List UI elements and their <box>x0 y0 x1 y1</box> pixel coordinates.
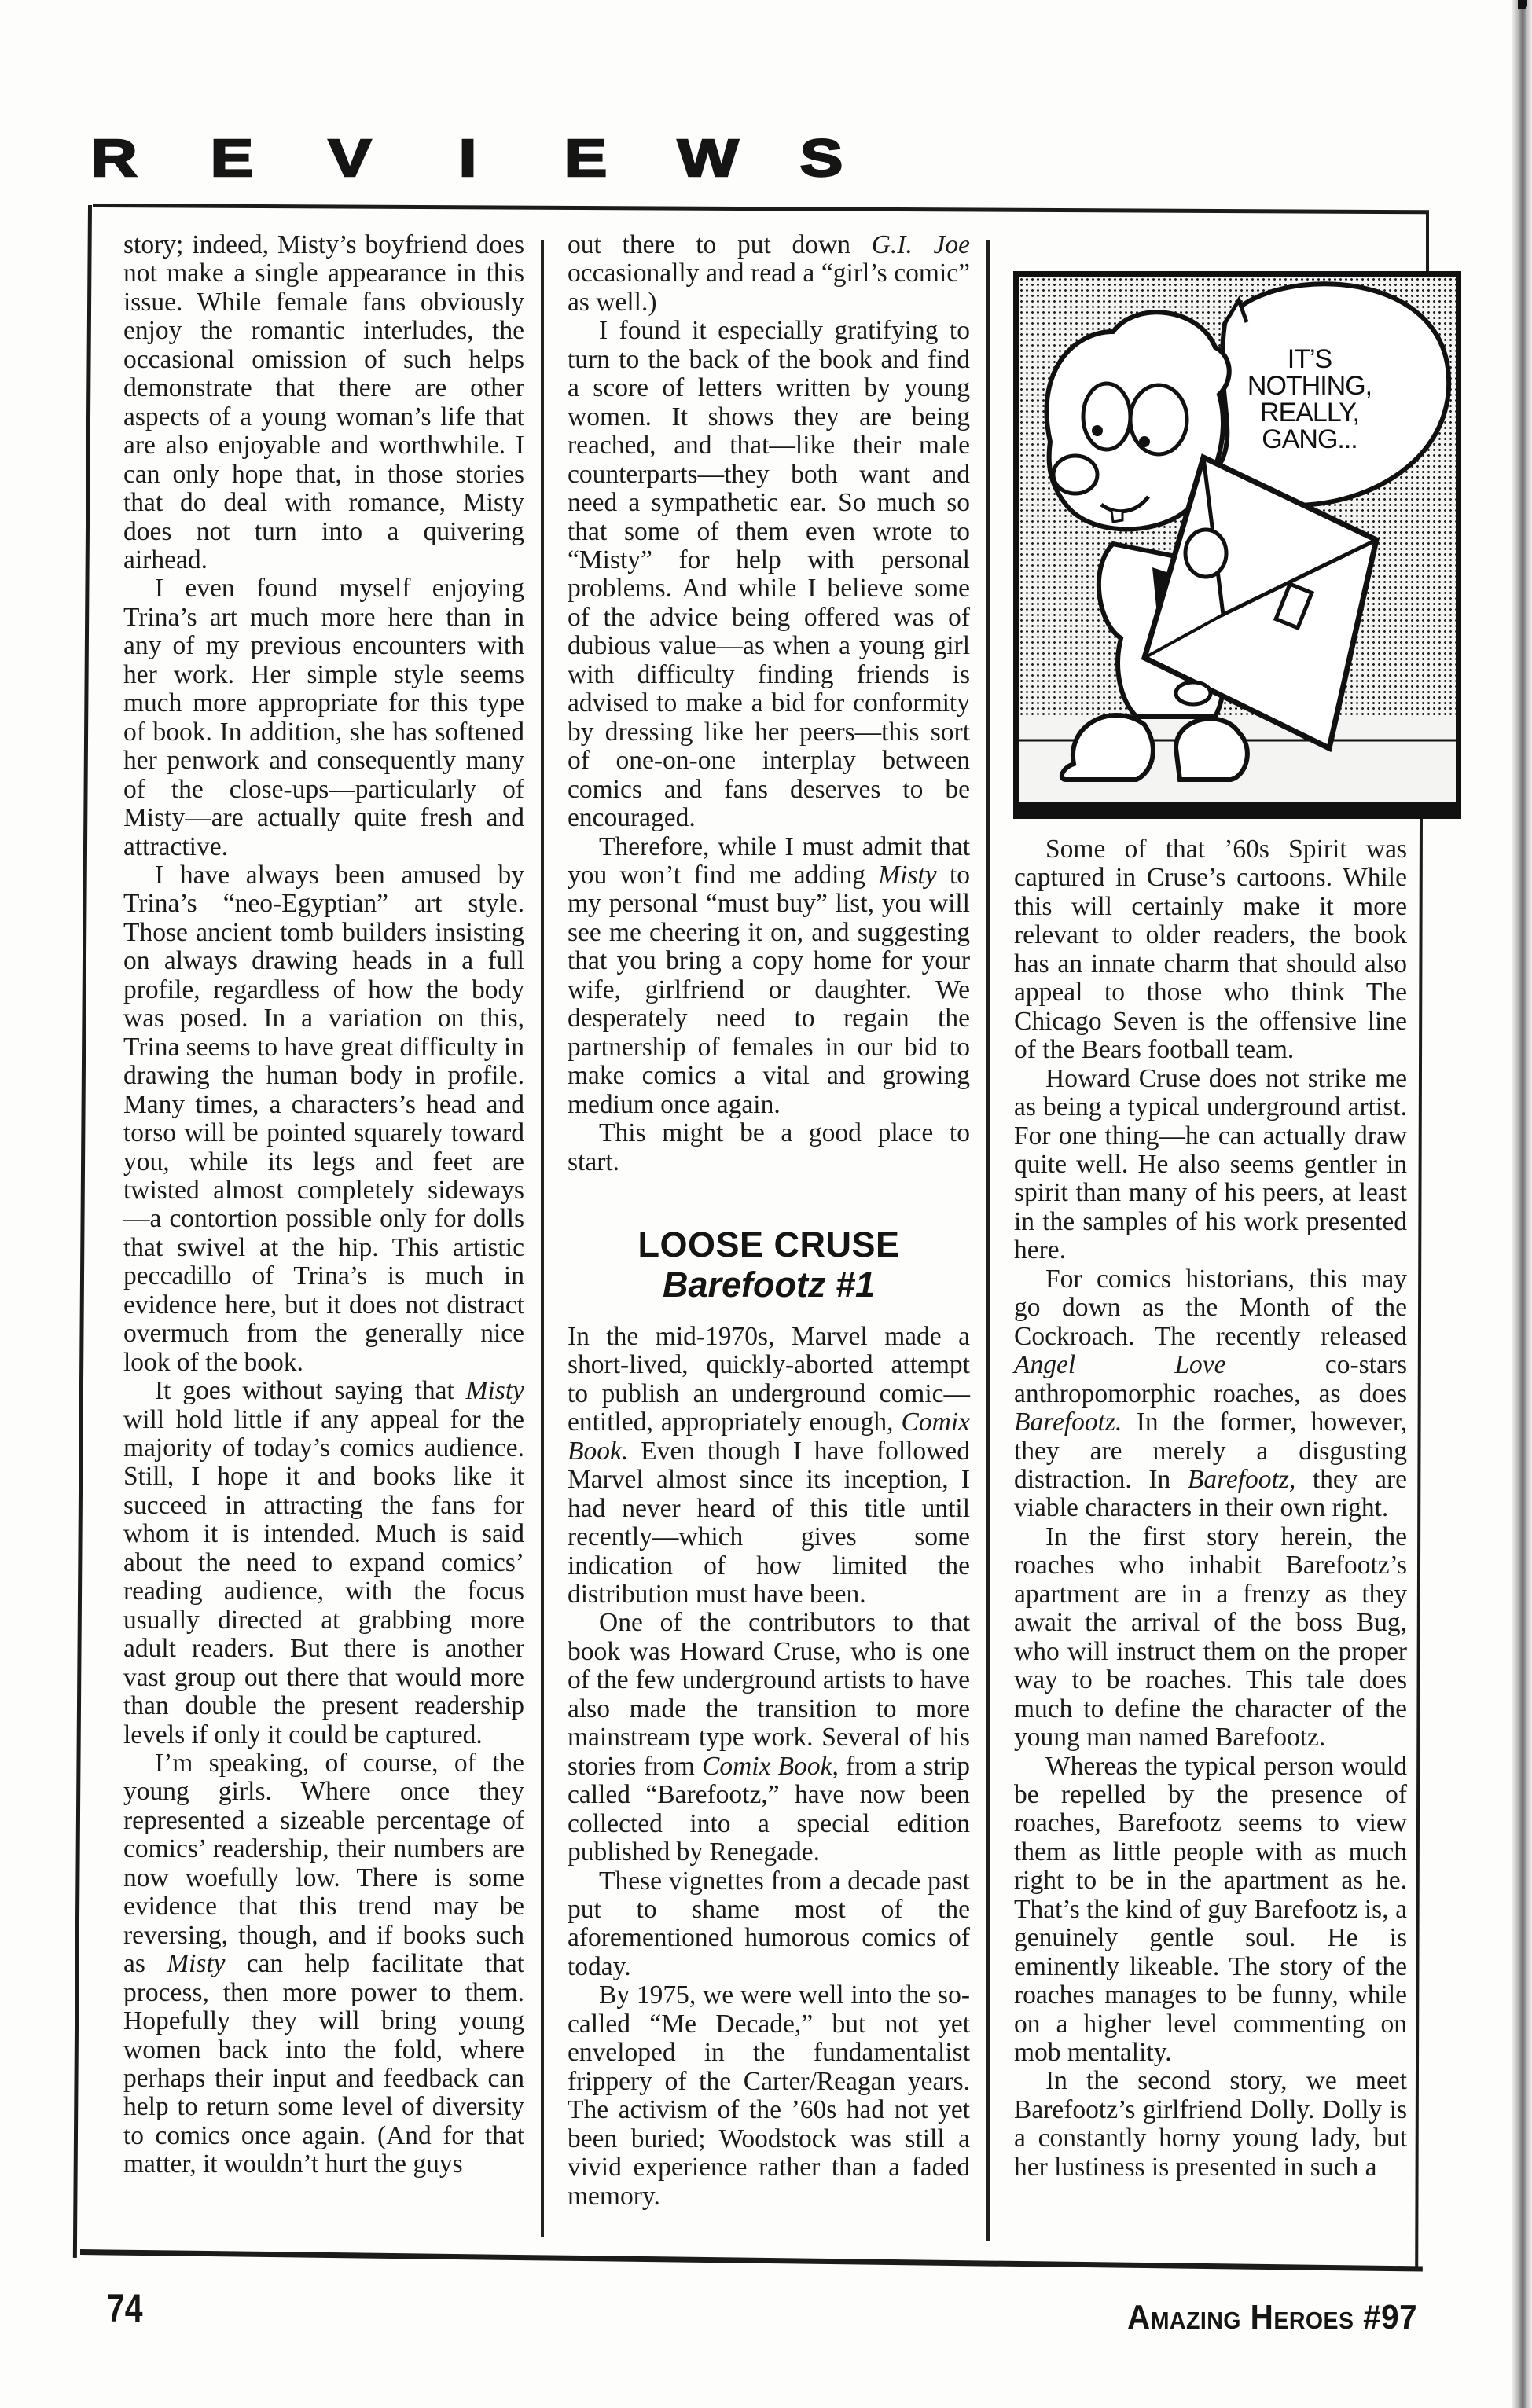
italic-title: Angel Love <box>1014 1350 1226 1379</box>
article-frame-bottom <box>80 2249 1423 2271</box>
paragraph: out there to put down G.I. Joe occasiona… <box>568 231 970 317</box>
paragraph: One of the contributors to that book was… <box>568 1609 970 1867</box>
article-frame-left <box>73 205 92 2258</box>
balloon-line-4: GANG... <box>1239 426 1380 453</box>
review-heading: LOOSE CRUSE Barefootz #1 <box>568 1225 970 1305</box>
column-divider-1 <box>541 240 544 2237</box>
italic-title: Misty <box>167 1949 225 1978</box>
section-title: REVIEWS <box>88 132 847 185</box>
paragraph: Whereas the typical person would be repe… <box>1014 1753 1407 2068</box>
article-frame-right-lower <box>1415 819 1423 2271</box>
paragraph: It goes without saying that Misty will h… <box>123 1377 524 1749</box>
paragraph: I found it especially gratifying to turn… <box>568 317 970 832</box>
barefootz-cartoon-panel: IT’S NOTHING, REALLY, GANG... <box>1013 271 1461 819</box>
title-letter: I <box>442 132 494 185</box>
italic-title: Misty <box>878 861 936 890</box>
balloon-line-1: IT’S <box>1239 346 1380 373</box>
balloon-line-3: REALLY, <box>1239 399 1380 426</box>
review-title: LOOSE CRUSE <box>568 1225 970 1265</box>
italic-title: G.I. Joe <box>872 230 970 259</box>
paragraph: For comics historians, this may go down … <box>1014 1265 1407 1523</box>
title-letter: R <box>88 132 140 185</box>
paragraph: I have always been amused by Trina’s “ne… <box>123 861 524 1377</box>
balloon-line-2: NOTHING, <box>1239 373 1380 399</box>
paragraph: Howard Cruse does not strike me as being… <box>1014 1065 1407 1265</box>
page-number: 74 <box>107 2285 143 2331</box>
column-2-text-before-heading: out there to put down G.I. Joe occasiona… <box>568 231 970 1176</box>
paragraph: Some of that ’60s Spirit was captured in… <box>1014 835 1407 1065</box>
column-divider-2 <box>986 240 990 2241</box>
italic-title: Barefootz, <box>1188 1465 1295 1494</box>
paragraph: Therefore, while I must admit that you w… <box>568 833 970 1120</box>
page-edge-shadow <box>1512 0 1532 2408</box>
paragraph: By 1975, we were well into the so-called… <box>568 1981 970 2211</box>
page-edge-mark <box>1518 0 1527 9</box>
column-2-text-after-heading: In the mid-1970s, Marvel made a short-li… <box>568 1323 970 2211</box>
paragraph: I’m speaking, of course, of the young gi… <box>123 1749 524 2179</box>
title-letter: E <box>560 132 612 185</box>
speech-balloon-text: IT’S NOTHING, REALLY, GANG... <box>1239 346 1380 453</box>
paragraph: In the mid-1970s, Marvel made a short-li… <box>568 1323 970 1610</box>
column-1: story; indeed, Misty’s boyfriend does no… <box>123 231 524 2179</box>
paragraph: These vignettes from a decade past put t… <box>568 1867 970 1982</box>
paragraph: story; indeed, Misty’s boyfriend does no… <box>123 231 524 574</box>
title-letter: E <box>206 132 258 185</box>
italic-title: Comix Book, <box>702 1752 839 1781</box>
paragraph: In the second story, we meet Barefootz’s… <box>1014 2067 1407 2182</box>
publication-name: Amazing Heroes #97 <box>1127 2298 1417 2337</box>
article-frame-top <box>93 204 1429 214</box>
paragraph: This might be a good place to start. <box>568 1119 970 1176</box>
title-letter: S <box>795 132 847 185</box>
column-2: out there to put down G.I. Joe occasiona… <box>568 231 970 2211</box>
article-frame-right-upper <box>1426 211 1429 272</box>
title-letter: V <box>324 132 376 185</box>
column-3: Some of that ’60s Spirit was captured in… <box>1014 835 1407 2182</box>
italic-title: Barefootz. <box>1014 1408 1122 1437</box>
italic-title: Misty <box>466 1376 524 1405</box>
review-subtitle: Barefootz #1 <box>568 1265 970 1305</box>
paragraph: In the first story herein, the roaches w… <box>1014 1523 1407 1753</box>
paragraph: I even found myself enjoying Trina’s art… <box>123 574 524 861</box>
title-letter: W <box>678 132 729 185</box>
barefootz-character-illustration <box>1019 277 1456 802</box>
